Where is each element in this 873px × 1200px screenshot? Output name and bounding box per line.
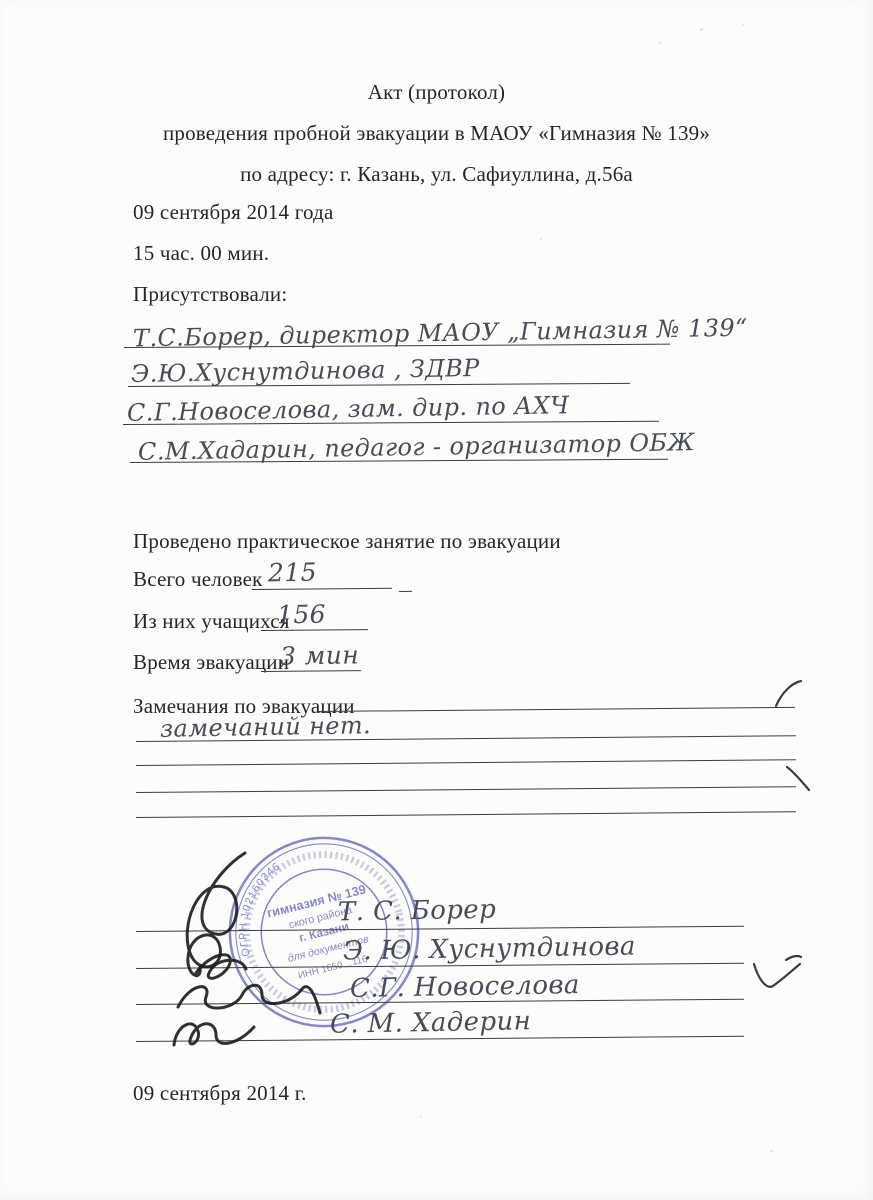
document-address-line: по адресу: г. Казань, ул. Сафиуллина, д.… [0, 162, 873, 187]
field-label-total-people: Всего человек [133, 567, 263, 592]
pen-mark-checkmark [740, 952, 810, 997]
remarks-value: замечаний нет. [160, 711, 372, 743]
signature-name: С.Г. Новоселова [350, 970, 580, 1004]
scan-speck [770, 1150, 773, 1152]
scan-speck [540, 238, 542, 240]
signature-name: Т. С. Борер [338, 895, 497, 928]
scan-speck [742, 24, 744, 26]
signature-scribble-khaderin [174, 1024, 254, 1045]
scan-speck [420, 1116, 422, 1118]
footer-date: 09 сентября 2014 г. [133, 1081, 307, 1106]
signature-name: Э. Ю. Хуснутдинова [343, 931, 636, 966]
field-value-students: 156 [277, 600, 326, 630]
signature-scribble-novoselova [178, 985, 320, 1013]
document-title: Акт (протокол) [0, 80, 873, 105]
field-value-evacuation-time: 3 мин [280, 640, 360, 670]
field-value-total-people: 215 [268, 558, 317, 588]
attendee-entry: Э.Ю.Хуснутдинова , ЗДВР [131, 354, 480, 388]
ruled-line [136, 759, 796, 766]
scanned-document-page: Акт (протокол) проведения пробной эвакуа… [0, 0, 873, 1200]
ruled-line [136, 811, 796, 818]
time-line: 15 час. 00 мин. [133, 241, 269, 266]
date-line: 09 сентября 2014 года [133, 200, 333, 225]
field-underline [252, 588, 392, 590]
scan-speck [658, 42, 661, 44]
field-underline [261, 629, 368, 631]
attendees-label: Присутствовали: [133, 282, 287, 307]
signature-name: С. М. Хадерин [330, 1006, 532, 1040]
document-subtitle: проведения пробной эвакуации в МАОУ «Гим… [0, 121, 873, 146]
pen-mark-curve [772, 678, 804, 710]
ruled-line [136, 786, 796, 793]
session-line: Проведено практическое занятие по эвакуа… [133, 529, 561, 554]
pen-dash [399, 591, 412, 592]
scan-speck [700, 28, 703, 31]
pen-mark-slash [784, 764, 814, 794]
remarks-underline [317, 707, 795, 712]
field-underline [261, 670, 361, 672]
